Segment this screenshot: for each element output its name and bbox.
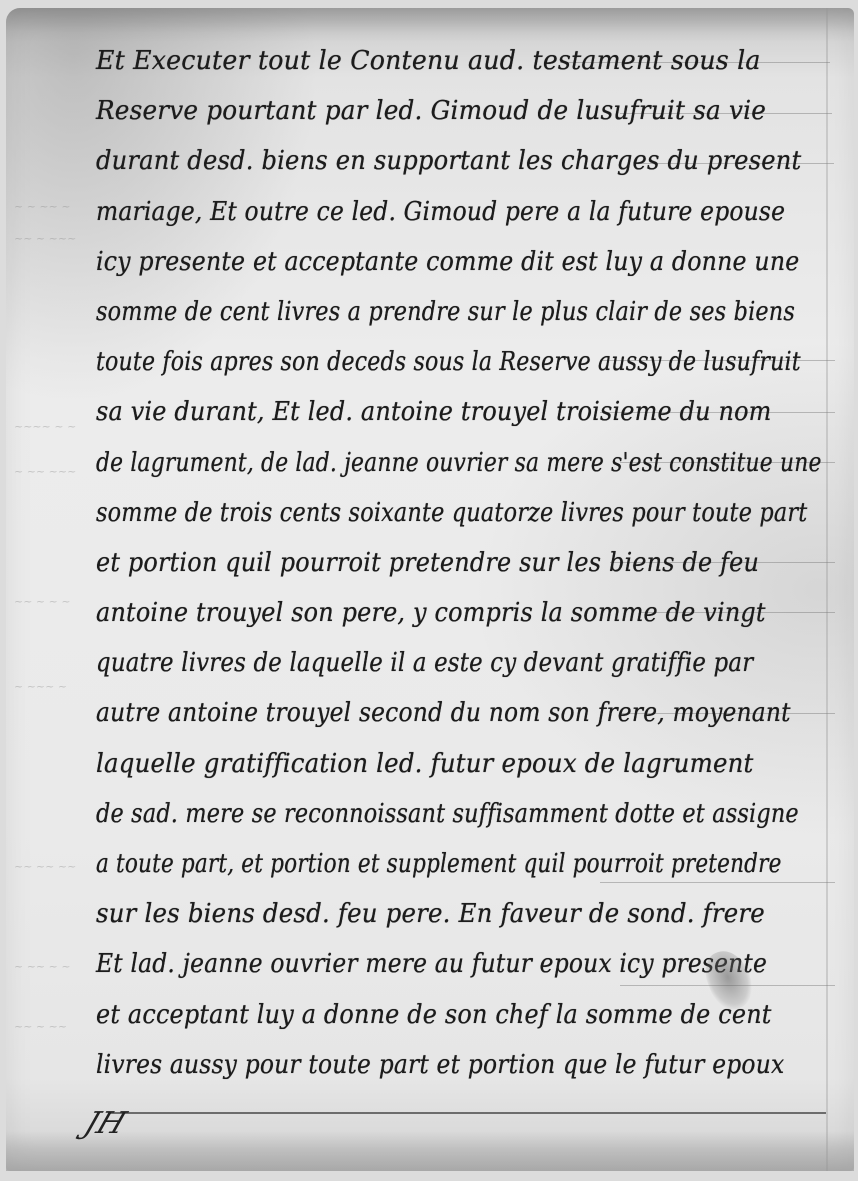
bleed-through-text: ~~ ~ ~~ xyxy=(14,1020,104,1030)
manuscript-line: et acceptant luy a donne de son chef la … xyxy=(96,990,772,1040)
manuscript-line: sur les biens desd. feu pere. En faveur … xyxy=(96,889,787,939)
bleed-through-text: ~~ ~~ ~~ xyxy=(14,860,104,870)
closing-rule xyxy=(110,1112,826,1114)
bleed-through-text: ~~ ~ ~~~ xyxy=(14,232,104,242)
bottom-water-stain xyxy=(6,1131,854,1171)
bleed-through-text: ~ ~~ ~~~ xyxy=(14,465,104,475)
manuscript-line: toute fois apres son deceds sous la Rese… xyxy=(96,337,721,387)
manuscript-line: icy presente et acceptante comme dit est… xyxy=(96,237,765,287)
manuscript-line: a toute part, et portion et supplement q… xyxy=(96,839,706,889)
manuscript-line: Reserve pourtant par led. Gimoud de lusu… xyxy=(96,86,794,136)
manuscript-line: Et lad. jeanne ouvrier mere au futur epo… xyxy=(96,939,758,989)
manuscript-line: mariage, Et outre ce led. Gimoud pere a … xyxy=(96,187,758,237)
manuscript-line: somme de trois cents soixante quatorze l… xyxy=(96,488,728,538)
scanned-page: ~ ~ ~~ ~ ~~ ~ ~~~ ~~~~ ~ ~ ~ ~~ ~~~ ~~ ~… xyxy=(0,0,858,1181)
manuscript-body: Et Executer tout le Contenu aud. testame… xyxy=(96,36,831,1090)
manuscript-line: sa vie durant, Et led. antoine trouyel t… xyxy=(96,387,772,437)
manuscript-line: laquelle gratiffication led. futur epoux… xyxy=(96,739,787,789)
manuscript-line: de lagrument, de lad. jeanne ouvrier sa … xyxy=(96,438,713,488)
bleed-through-text: ~~ ~ ~ ~ xyxy=(14,595,104,605)
bleed-through-text: ~~~~ ~ ~ xyxy=(14,420,104,430)
manuscript-line: Et Executer tout le Contenu aud. testame… xyxy=(96,36,809,86)
manuscript-line: livres aussy pour toute part et portion … xyxy=(96,1040,758,1090)
bleed-through-text: ~ ~~ ~ ~ xyxy=(14,960,104,970)
manuscript-line: de sad. mere se reconnoissant suffisamme… xyxy=(96,789,728,839)
manuscript-line: quatre livres de laquelle il a este cy d… xyxy=(96,638,743,688)
manuscript-line: antoine trouyel son pere, y compris la s… xyxy=(96,588,772,638)
manuscript-line: et portion quil pourroit pretendre sur l… xyxy=(96,538,772,588)
bleed-through-text: ~ ~ ~~ ~ xyxy=(14,200,104,210)
manuscript-line: autre antoine trouyel second du nom son … xyxy=(96,688,758,738)
bleed-through-text: ~ ~~~ ~ xyxy=(14,680,104,690)
manuscript-line: durant desd. biens en supportant les cha… xyxy=(96,136,780,186)
manuscript-line: somme de cent livres a prendre sur le pl… xyxy=(96,287,728,337)
